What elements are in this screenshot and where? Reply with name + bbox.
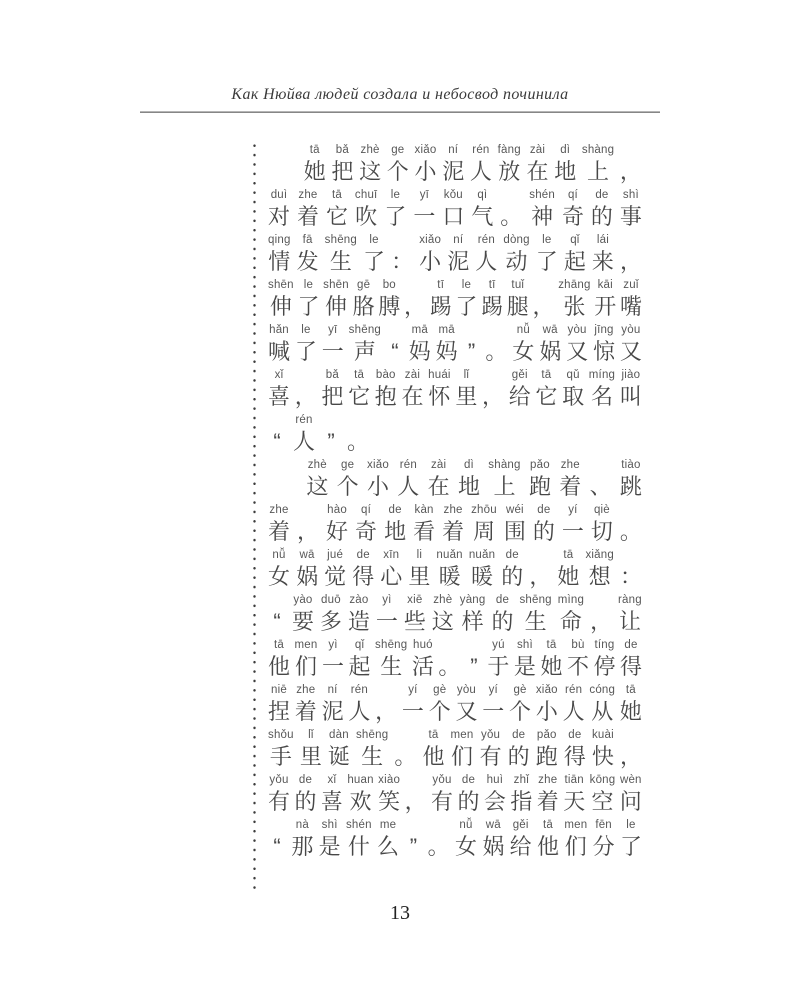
hanzi-character: 叫 (620, 383, 642, 411)
pinyin-annotation: ràng (618, 593, 642, 607)
pinyin-annotation: shì (322, 818, 338, 832)
pinyin-annotation: hào (327, 503, 347, 517)
pinyin-annotation: yí (568, 503, 577, 517)
pinyin-annotation: shàng (582, 143, 614, 157)
ruby-token: dì地 (458, 458, 480, 501)
ruby-token: 、 (590, 458, 612, 501)
ruby-token: yì一 (376, 593, 398, 636)
pinyin-annotation: zhè (361, 143, 380, 157)
pinyin-annotation: qì (477, 188, 487, 202)
pinyin-annotation: bù (571, 638, 584, 652)
text-line: duì对zhe着tā它chuī吹le了yī一kǒu口qì气。shén神qí奇de… (268, 186, 642, 231)
chapter-title: Как Нюйва людей создала и небосвод почин… (231, 86, 568, 103)
ruby-token: shēn伸 (323, 278, 349, 321)
hanzi-character: ： (391, 248, 413, 276)
ruby-token: gè个 (509, 683, 531, 726)
pinyin-annotation: shēng (519, 593, 551, 607)
pinyin-annotation: le (391, 188, 400, 202)
ruby-token: de的 (457, 773, 479, 816)
ruby-token: tī踢 (430, 278, 452, 321)
hanzi-character: 他 (268, 653, 290, 681)
hanzi-character: 。 (428, 833, 450, 861)
ruby-token: shén什 (346, 818, 372, 861)
hanzi-character: 生 (380, 653, 402, 681)
ruby-token: pǎo跑 (529, 458, 551, 501)
ruby-token: qí奇 (355, 503, 377, 546)
hanzi-character: 人 (470, 158, 492, 186)
text-line: shēn伸le了shēn伸gē胳bo膊，tī踢le了tī踢tuǐ腿，zhāng张… (268, 276, 642, 321)
ruby-token: zhe着 (295, 683, 317, 726)
ruby-token: men们 (451, 728, 474, 771)
ruby-token: zhe着 (537, 773, 559, 816)
pinyin-annotation: yǒu (269, 773, 288, 787)
pinyin-annotation: de (512, 728, 525, 742)
ruby-token: qiè切 (591, 503, 613, 546)
pinyin-annotation: dàn (329, 728, 349, 742)
ruby-token: niē捏 (268, 683, 290, 726)
hanzi-character: ， (482, 383, 504, 411)
ruby-token: zhè这 (306, 458, 328, 501)
ruby-token: gē胳 (353, 278, 375, 321)
pinyin-annotation: xiào (378, 773, 400, 787)
pinyin-annotation: kàn (415, 503, 434, 517)
ruby-token: zhe着 (268, 503, 290, 546)
pinyin-annotation: tiān (565, 773, 584, 787)
hanzi-character: 的 (457, 788, 479, 816)
pinyin-annotation: zhe (538, 773, 557, 787)
hanzi-character: 泥 (322, 698, 344, 726)
pinyin-annotation: zài (431, 458, 446, 472)
pinyin-annotation: xiǎo (415, 143, 437, 157)
pinyin-annotation: xiǎo (536, 683, 558, 697)
ruby-token: le了 (620, 818, 642, 861)
pinyin-annotation: yì (328, 638, 337, 652)
hanzi-character: 地 (384, 518, 406, 546)
pinyin-annotation: wéi (506, 503, 524, 517)
ruby-token: rén人 (475, 233, 497, 276)
pinyin-annotation: yòu (568, 323, 587, 337)
pinyin-annotation: shēng (375, 638, 407, 652)
pinyin-annotation: tā (274, 638, 284, 652)
pinyin-annotation: fēn (595, 818, 612, 832)
hanzi-character: 是 (319, 833, 341, 861)
pinyin-annotation: huó (413, 638, 433, 652)
hanzi-character: ” (463, 338, 481, 366)
hanzi-character: 泥 (442, 158, 464, 186)
ruby-token: le了 (297, 278, 319, 321)
ruby-token: yí一 (562, 503, 584, 546)
ruby-token: bào抱 (375, 368, 397, 411)
hanzi-character: 取 (562, 383, 584, 411)
ruby-token: 。 (438, 638, 460, 681)
hanzi-character: 得 (352, 563, 374, 591)
hanzi-character: 。 (500, 203, 522, 231)
hanzi-character: 的 (491, 608, 513, 636)
hanzi-character: ” (465, 653, 483, 681)
pinyin-annotation: rén (565, 683, 582, 697)
hanzi-character: 女 (512, 338, 534, 366)
hanzi-character: 得 (620, 653, 642, 681)
ruby-token: yí一 (402, 683, 424, 726)
hanzi-character: 娲 (296, 563, 318, 591)
hanzi-character: 个 (337, 473, 359, 501)
pinyin-annotation: nǚ (272, 548, 285, 562)
pinyin-annotation: tī (437, 278, 444, 292)
ruby-token: ， (620, 233, 642, 276)
pinyin-annotation: hǎn (269, 323, 289, 337)
pinyin-annotation: jué (327, 548, 343, 562)
hanzi-character: 快 (592, 743, 614, 771)
hanzi-character: 人 (397, 473, 419, 501)
hanzi-character: 给 (510, 833, 532, 861)
ruby-token: shēng生 (356, 728, 388, 771)
ruby-token: de得 (620, 638, 642, 681)
header-rule (140, 111, 660, 113)
ruby-token: shàng上 (488, 458, 520, 501)
hanzi-character: 小 (536, 698, 558, 726)
hanzi-character: ， (295, 383, 317, 411)
ruby-token: zài在 (401, 368, 423, 411)
pinyin-annotation: nuǎn (436, 548, 462, 562)
ruby-token: nǚ女 (455, 818, 477, 861)
hanzi-character: 抱 (375, 383, 397, 411)
ruby-token: “ (268, 593, 286, 636)
ruby-token: xiào笑 (378, 773, 400, 816)
ruby-token: le了 (536, 233, 558, 276)
pinyin-annotation: shì (517, 638, 533, 652)
hanzi-character: 它 (326, 203, 348, 231)
ruby-token: ， (375, 683, 397, 726)
hanzi-character: 踢 (481, 293, 503, 321)
hanzi-character: 一 (322, 338, 344, 366)
pinyin-annotation: yǒu (432, 773, 451, 787)
ruby-token: “ (386, 323, 404, 366)
pinyin-annotation: mā (438, 323, 454, 337)
hanzi-character: 地 (458, 473, 480, 501)
ruby-token: zào造 (348, 593, 370, 636)
hanzi-character: 诞 (328, 743, 350, 771)
hanzi-character: 腿 (507, 293, 529, 321)
hanzi-character: 一 (562, 518, 584, 546)
pinyin-annotation: tā (428, 728, 438, 742)
ruby-token: tiào跳 (620, 458, 642, 501)
ruby-token: ， (295, 368, 317, 411)
hanzi-character: 个 (429, 698, 451, 726)
hanzi-character: 地 (554, 158, 576, 186)
hanzi-character: 人 (563, 698, 585, 726)
pinyin-annotation: bào (376, 368, 396, 382)
hanzi-character: 有 (480, 743, 502, 771)
hanzi-character: 于 (487, 653, 509, 681)
ruby-token: shì事 (620, 188, 642, 231)
ruby-token: ” (322, 413, 340, 456)
hanzi-character: 惊 (593, 338, 615, 366)
hanzi-character: 一 (322, 653, 344, 681)
hanzi-character: 它 (348, 383, 370, 411)
hanzi-character: 着 (559, 473, 581, 501)
ruby-token: mìng命 (558, 593, 584, 636)
hanzi-character: 有 (268, 788, 290, 816)
pinyin-annotation: míng (589, 368, 615, 382)
hanzi-character: ， (404, 293, 426, 321)
ruby-token: hào好 (326, 503, 348, 546)
hanzi-character: 的 (533, 518, 555, 546)
ruby-token: yòu又 (566, 323, 588, 366)
hanzi-character: 放 (498, 158, 520, 186)
pinyin-annotation: yì (382, 593, 391, 607)
pinyin-annotation: rén (400, 458, 417, 472)
ruby-token: 。 (485, 323, 507, 366)
ruby-token: tiān天 (563, 773, 585, 816)
hanzi-character: 的 (294, 788, 316, 816)
ruby-token: le了 (363, 233, 385, 276)
pinyin-annotation: men (564, 818, 587, 832)
hanzi-character: ： (620, 563, 642, 591)
ruby-token: zài在 (428, 458, 450, 501)
pinyin-annotation: xiǎng (585, 548, 614, 562)
pinyin-annotation: xīn (383, 548, 399, 562)
page-number: 13 (0, 902, 800, 925)
ruby-token: ge个 (337, 458, 359, 501)
hanzi-character: 得 (564, 743, 586, 771)
hanzi-character: 不 (567, 653, 589, 681)
ruby-token: zhè这 (359, 143, 381, 186)
ruby-token: ní泥 (442, 143, 464, 186)
pinyin-annotation: ní (328, 683, 338, 697)
ruby-token: qí奇 (562, 188, 584, 231)
hanzi-character: 。 (394, 743, 416, 771)
ruby-token: kōng空 (590, 773, 616, 816)
pinyin-annotation: zào (349, 593, 368, 607)
hanzi-character: 开 (594, 293, 616, 321)
ruby-token: ní泥 (447, 233, 469, 276)
pinyin-annotation: zuǐ (623, 278, 638, 292)
ruby-token: tā她 (304, 143, 326, 186)
hanzi-character: 在 (526, 158, 548, 186)
pinyin-annotation: mā (412, 323, 428, 337)
hanzi-character: 空 (591, 788, 613, 816)
ruby-token: lái来 (592, 233, 614, 276)
pinyin-annotation: yòu (621, 323, 640, 337)
text-line: tā他men们yì一qǐ起shēng生huó活。”yú于shì是tā她bù不tí… (268, 636, 642, 681)
pinyin-annotation: men (451, 728, 474, 742)
pinyin-annotation: shēng (356, 728, 388, 742)
hanzi-character: 着 (268, 518, 290, 546)
ruby-token: dì地 (554, 143, 576, 186)
pinyin-annotation: kōng (590, 773, 616, 787)
hanzi-character: 让 (619, 608, 641, 636)
hanzi-character: 指 (510, 788, 532, 816)
pinyin-annotation: huì (487, 773, 504, 787)
ruby-token: shēng生 (375, 638, 407, 681)
pinyin-annotation: zhe (444, 503, 463, 517)
ruby-token: kāi开 (594, 278, 616, 321)
pinyin-annotation: zhe (298, 188, 317, 202)
pinyin-annotation: xǐ (275, 368, 284, 382)
ruby-token: huái怀 (428, 368, 451, 411)
hanzi-character: 们 (565, 833, 587, 861)
hanzi-character: 情 (268, 248, 290, 276)
pinyin-annotation: qiè (594, 503, 610, 517)
hanzi-character: 这 (306, 473, 328, 501)
ruby-token: rén人 (348, 683, 370, 726)
hanzi-character: 里 (300, 743, 322, 771)
ruby-token: kuài快 (592, 728, 614, 771)
hanzi-character: 是 (514, 653, 536, 681)
hanzi-character: 给 (509, 383, 531, 411)
hanzi-character: 欢 (350, 788, 372, 816)
ruby-token: zuǐ嘴 (620, 278, 642, 321)
pinyin-annotation: yào (293, 593, 312, 607)
pinyin-annotation: rén (478, 233, 495, 247)
ruby-token: tā它 (535, 368, 557, 411)
hanzi-character: 觉 (324, 563, 346, 591)
ruby-token: ní泥 (322, 683, 344, 726)
hanzi-character: 的 (591, 203, 613, 231)
ruby-token: le了 (384, 188, 406, 231)
hanzi-character: 它 (535, 383, 557, 411)
ruby-token: ， (404, 278, 426, 321)
pinyin-annotation: lái (597, 233, 609, 247)
ruby-token: ” (465, 638, 483, 681)
ruby-token: zhāng张 (558, 278, 590, 321)
ruby-token: duō多 (320, 593, 342, 636)
hanzi-character: 的 (508, 743, 530, 771)
ruby-token: yí一 (482, 683, 504, 726)
pinyin-annotation: mìng (558, 593, 584, 607)
ruby-token: zhe着 (559, 458, 581, 501)
pinyin-annotation: de (462, 773, 475, 787)
hanzi-character: 想 (589, 563, 611, 591)
pinyin-annotation: lǐ (308, 728, 314, 742)
hanzi-character: 了 (455, 293, 477, 321)
hanzi-character: 着 (295, 698, 317, 726)
pinyin-annotation: rén (351, 683, 368, 697)
hanzi-character: 心 (380, 563, 402, 591)
pinyin-annotation: zhǐ (514, 773, 529, 787)
pinyin-annotation: tā (310, 143, 320, 157)
ruby-token: huan欢 (347, 773, 373, 816)
pinyin-annotation: lǐ (464, 368, 470, 382)
ruby-token: ， (482, 368, 504, 411)
pinyin-annotation: yí (408, 683, 417, 697)
pinyin-annotation: wā (543, 323, 558, 337)
pinyin-annotation: huan (347, 773, 373, 787)
pinyin-annotation: duì (271, 188, 288, 202)
hanzi-character: 从 (591, 698, 613, 726)
ruby-token: bǎ把 (331, 143, 353, 186)
ruby-token: ràng让 (618, 593, 642, 636)
ruby-token: jīng惊 (593, 323, 615, 366)
ruby-token: lǐ里 (455, 368, 477, 411)
ruby-token: le了 (455, 278, 477, 321)
hanzi-character: 。 (347, 428, 369, 456)
content-block: tā她bǎ把zhè这ge个xiǎo小ní泥rén人fàng放zài在dì地shà… (253, 141, 645, 861)
ruby-token: ： (620, 548, 642, 591)
hanzi-character: 在 (401, 383, 423, 411)
text-line: xǐ喜，bǎ把tā它bào抱zài在huái怀lǐ里，gěi给tā它qǔ取mín… (268, 366, 642, 411)
hanzi-character: 娲 (482, 833, 504, 861)
hanzi-character: 停 (593, 653, 615, 681)
ruby-token: zài在 (526, 143, 548, 186)
pinyin-annotation: kāi (598, 278, 613, 292)
pinyin-annotation: pǎo (537, 728, 557, 742)
ruby-token: xiǎo小 (536, 683, 558, 726)
pinyin-annotation: ge (341, 458, 354, 472)
hanzi-character: 妈 (436, 338, 458, 366)
pinyin-annotation: xiǎo (419, 233, 441, 247)
pinyin-annotation: li (417, 548, 423, 562)
ruby-token: qǐ起 (564, 233, 586, 276)
hanzi-character: 上 (587, 158, 609, 186)
text-line: “yào要duō多zào造yì一xiē些zhè这yàng样de的shēng生mì… (268, 591, 642, 636)
ruby-token: yòu又 (620, 323, 642, 366)
hanzi-character: 们 (295, 653, 317, 681)
ruby-token: zhè这 (432, 593, 454, 636)
book-page: Как Нюйва людей создала и небосвод почин… (0, 0, 800, 1000)
hanzi-character: 小 (415, 158, 437, 186)
ruby-token: xiǎo小 (415, 143, 437, 186)
ruby-token: de地 (384, 503, 406, 546)
hanzi-character: 神 (531, 203, 553, 231)
ruby-token: chuī吹 (355, 188, 378, 231)
pinyin-annotation: niē (271, 683, 287, 697)
pinyin-annotation: yǒu (481, 728, 500, 742)
hanzi-character: 。 (485, 338, 507, 366)
pinyin-annotation: qing (268, 233, 291, 247)
pinyin-annotation: jiào (621, 368, 640, 382)
hanzi-character: 看 (413, 518, 435, 546)
ruby-token: yī一 (322, 323, 344, 366)
pinyin-annotation: gěi (512, 368, 528, 382)
ruby-token: men们 (564, 818, 587, 861)
ruby-token: fā发 (297, 233, 319, 276)
hanzi-character: 发 (297, 248, 319, 276)
text-line: nǚ女wā娲jué觉de得xīn心li里nuǎn暖nuǎn暖de的，tā她xiǎ… (268, 546, 642, 591)
ruby-token: tíng停 (593, 638, 615, 681)
hanzi-character: 里 (408, 563, 430, 591)
ruby-token: rén人 (397, 458, 419, 501)
pinyin-annotation: wā (486, 818, 501, 832)
pinyin-annotation: nǚ (517, 323, 530, 337)
hanzi-character: “ (268, 428, 286, 456)
pinyin-annotation: le (304, 278, 313, 292)
hanzi-character: 有 (431, 788, 453, 816)
pinyin-annotation: shén (529, 188, 555, 202)
pinyin-annotation: zhe (561, 458, 580, 472)
pinyin-annotation: huái (428, 368, 451, 382)
text-line: zhe着，hào好qí奇de地kàn看zhe着zhōu周wéi围de的yí一qi… (268, 501, 642, 546)
pinyin-annotation: yī (328, 323, 337, 337)
hanzi-character: 上 (493, 473, 515, 501)
pinyin-annotation: shēng (349, 323, 381, 337)
ruby-token: xǐ喜 (321, 773, 343, 816)
ruby-token: de的 (501, 548, 523, 591)
ruby-token: tā她 (540, 638, 562, 681)
ruby-token: wā娲 (539, 323, 561, 366)
hanzi-character: 跳 (620, 473, 642, 501)
pinyin-annotation: bǎ (336, 143, 349, 157)
ruby-token: 。 (428, 818, 450, 861)
hanzi-character: 女 (268, 563, 290, 591)
ruby-token: kàn看 (413, 503, 435, 546)
ruby-token: kǒu口 (442, 188, 464, 231)
pinyin-annotation: rén (472, 143, 489, 157)
pinyin-annotation: rén (295, 413, 312, 427)
pinyin-annotation: jīng (594, 323, 613, 337)
hanzi-character: 暖 (439, 563, 461, 591)
hanzi-character: 一 (402, 698, 424, 726)
